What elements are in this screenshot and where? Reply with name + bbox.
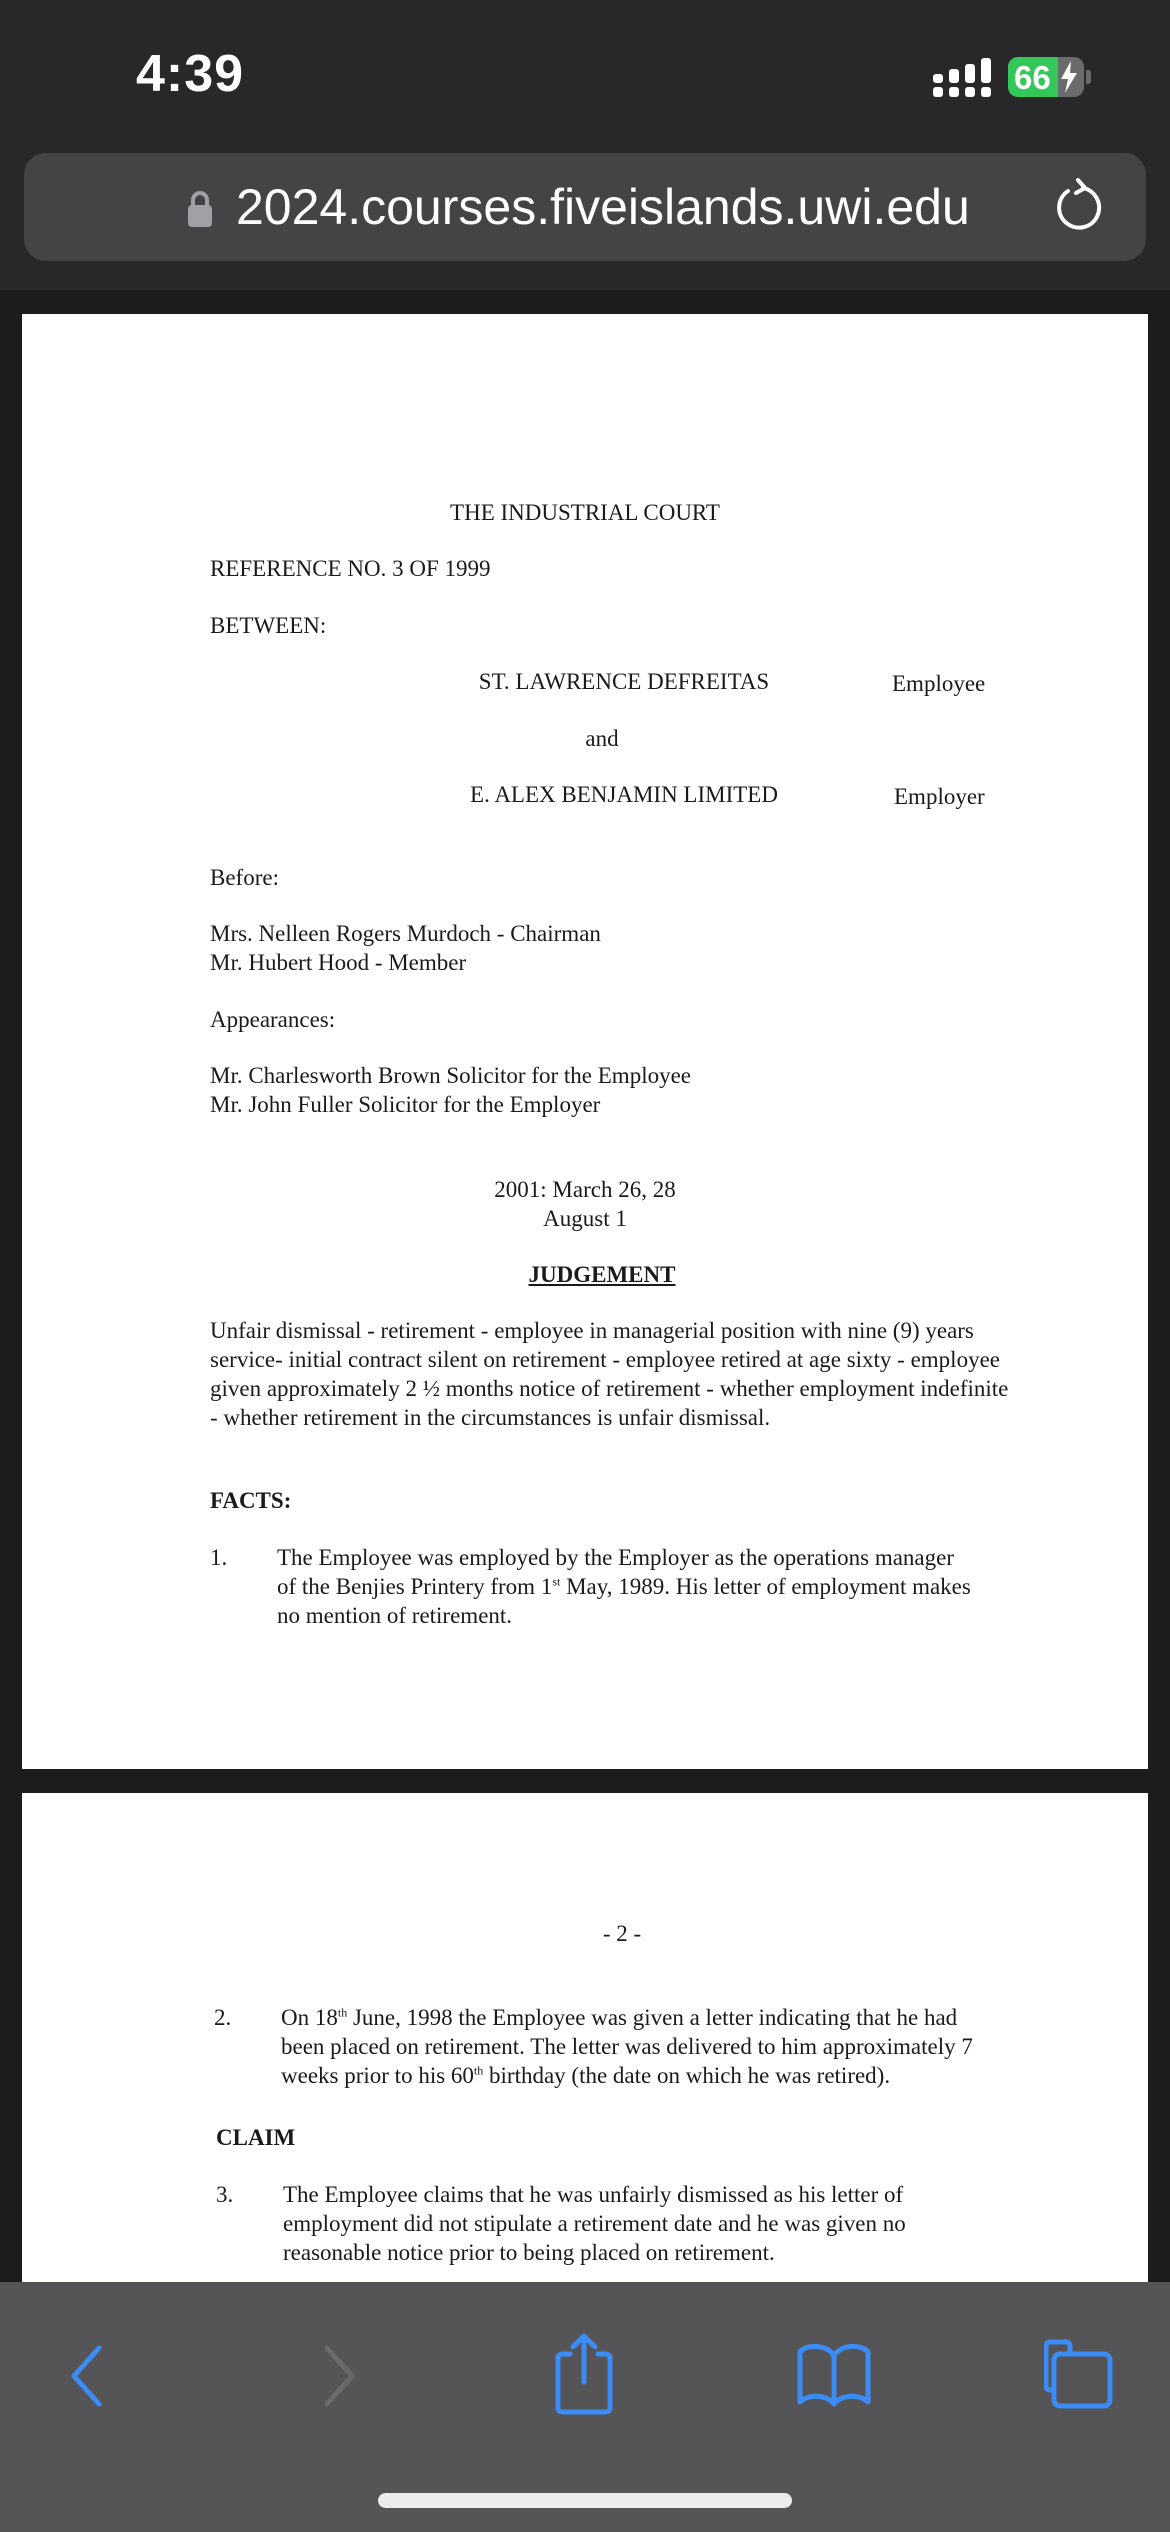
status-time: 4:39 <box>136 44 244 104</box>
paragraph-number: 1. <box>210 1543 227 1572</box>
battery-nub <box>1086 70 1091 84</box>
appearance-1: Mr. Charlesworth Brown Solicitor for the… <box>210 1061 691 1090</box>
judgement-heading: JUDGEMENT <box>22 1260 1170 1289</box>
browser-top-bar: 4:39 66 2024.courses.fiveislands.uwi.edu <box>0 0 1170 290</box>
case-summary: Unfair dismissal - retirement - employee… <box>210 1316 1020 1432</box>
cellular-signal-icon <box>933 58 995 98</box>
party1-name: ST. LAWRENCE DEFREITAS <box>372 667 876 696</box>
lock-icon <box>186 190 214 228</box>
pdf-page-1: THE INDUSTRIAL COURT REFERENCE NO. 3 OF … <box>22 314 1148 1769</box>
paragraph-text: On 18th June, 1998 the Employee was give… <box>281 2003 981 2090</box>
party1-role: Employee <box>892 669 985 698</box>
home-indicator[interactable] <box>378 2493 792 2508</box>
back-chevron-icon[interactable] <box>66 2344 106 2408</box>
page-number: - 2 - <box>22 1919 1170 1948</box>
paragraph-text: The Employee was employed by the Employe… <box>277 1543 977 1630</box>
battery-indicator: 66 <box>1008 57 1084 97</box>
forward-chevron-icon[interactable] <box>320 2344 360 2408</box>
share-icon[interactable] <box>548 2332 620 2416</box>
appearances-label: Appearances: <box>210 1005 335 1034</box>
hearing-date-2: August 1 <box>22 1204 1148 1233</box>
appearance-2: Mr. John Fuller Solicitor for the Employ… <box>210 1090 600 1119</box>
between-label: BETWEEN: <box>210 611 326 640</box>
bookmarks-book-icon[interactable] <box>796 2342 872 2408</box>
battery-percent: 66 <box>1014 59 1051 97</box>
url-text[interactable]: 2024.courses.fiveislands.uwi.edu <box>236 178 970 236</box>
hearing-date-1: 2001: March 26, 28 <box>22 1175 1148 1204</box>
paragraph-number: 3. <box>216 2180 233 2209</box>
charging-bolt-icon <box>1060 61 1078 93</box>
panel-member-1: Mrs. Nelleen Rogers Murdoch - Chairman <box>210 919 601 948</box>
claim-heading: CLAIM <box>216 2123 295 2152</box>
facts-heading: FACTS: <box>210 1486 291 1515</box>
reload-icon[interactable] <box>1050 178 1106 234</box>
party2-role: Employer <box>894 782 985 811</box>
tabs-icon[interactable] <box>1044 2338 1116 2410</box>
paragraph-number: 2. <box>214 2003 231 2032</box>
paragraph-text: The Employee claims that he was unfairly… <box>283 2180 983 2267</box>
and-connector: and <box>22 724 1170 753</box>
pdf-page-2: - 2 - 2. On 18th June, 1998 the Employee… <box>22 1793 1148 2293</box>
court-title: THE INDUSTRIAL COURT <box>22 498 1148 527</box>
party2-name: E. ALEX BENJAMIN LIMITED <box>372 780 876 809</box>
reference-number: REFERENCE NO. 3 OF 1999 <box>210 554 491 583</box>
panel-member-2: Mr. Hubert Hood - Member <box>210 948 466 977</box>
before-label: Before: <box>210 863 279 892</box>
